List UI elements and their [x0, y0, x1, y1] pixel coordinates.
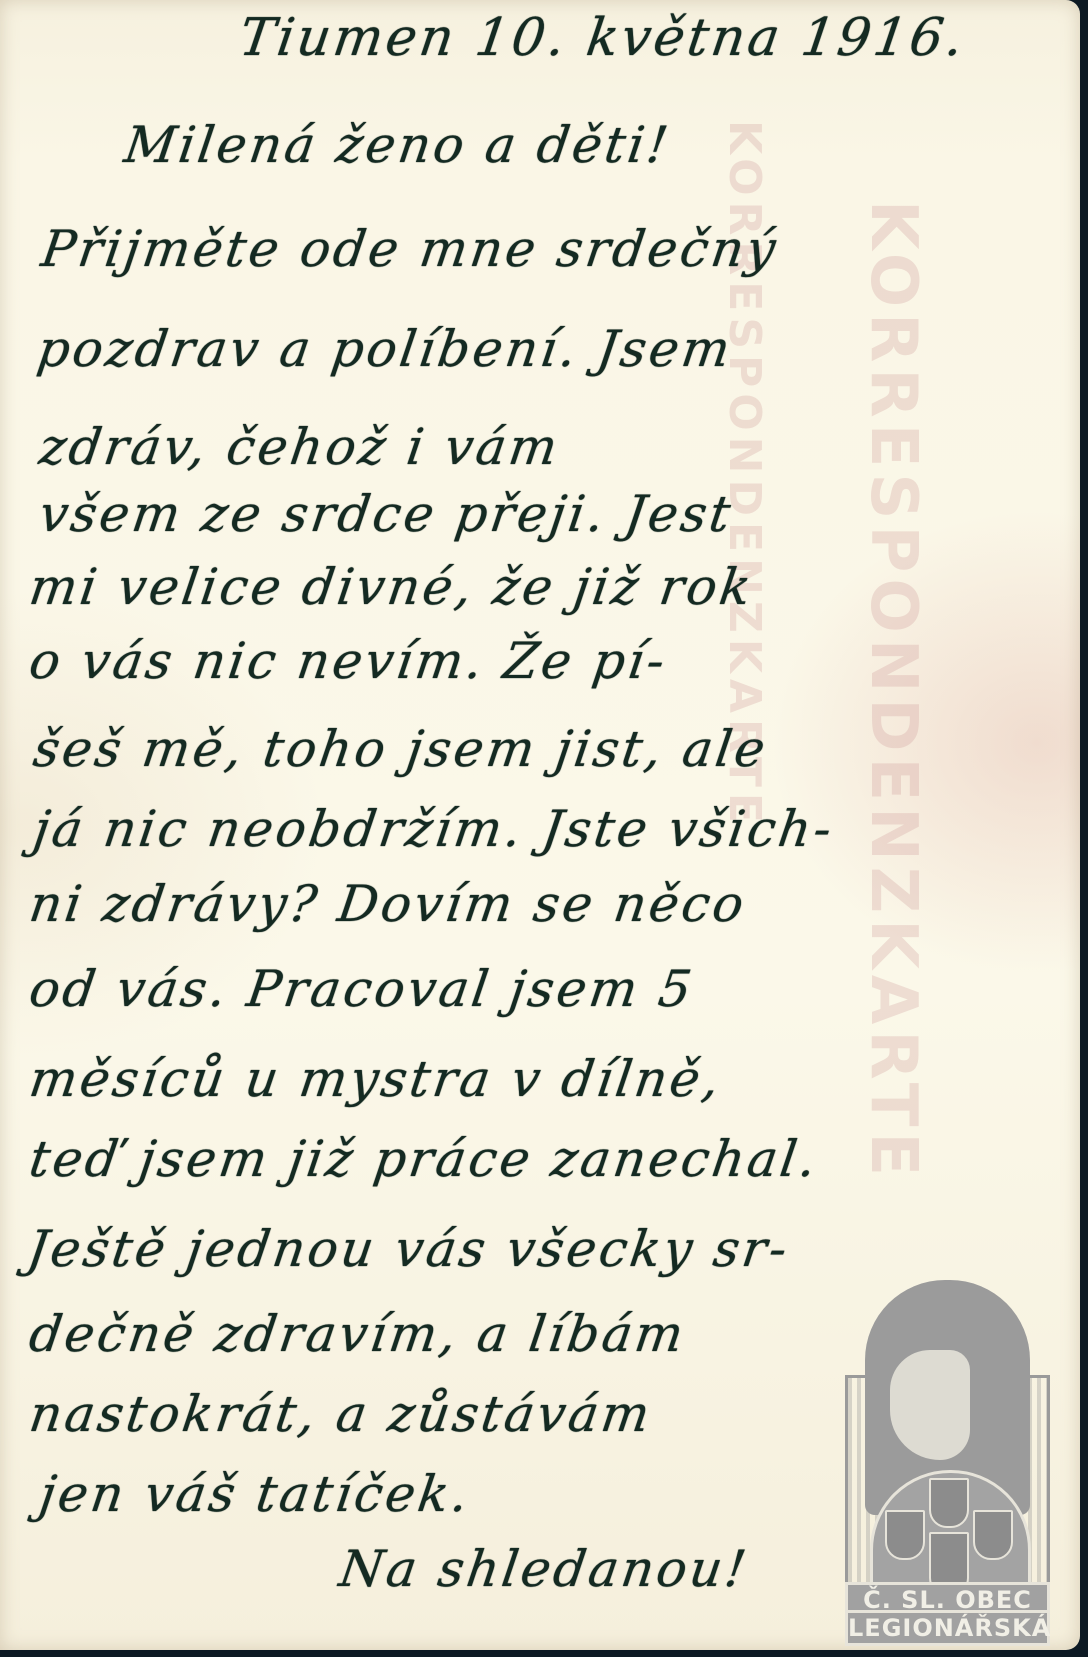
- letter-line: jen váš tatíček.: [36, 1465, 475, 1523]
- coat-of-arms-eagle-left-icon: [885, 1510, 925, 1560]
- letter-line: dečně zdravím, a líbám: [26, 1305, 690, 1363]
- soldier-face-icon: [890, 1350, 970, 1460]
- coat-of-arms-eagle-right-icon: [973, 1510, 1013, 1560]
- faded-print-text: KORRESPONDENZKARTE: [856, 200, 930, 1182]
- letter-line: měsíců u mystra v dílně,: [26, 1050, 726, 1108]
- letter-line: od vás. Pracoval jsem 5: [26, 960, 698, 1018]
- letter-line: Ještě jednou vás všecky sr-: [24, 1220, 794, 1278]
- letter-line: šeš mě, toho jsem jist, ale: [30, 720, 772, 778]
- letter-line: nastokrát, a zůstávám: [26, 1385, 656, 1443]
- letter-dateline: Tiumen 10. května 1916.: [236, 8, 970, 68]
- logo-text-line2: LEGIONÁŘSKÁ: [845, 1610, 1050, 1646]
- letter-line: o vás nic nevím. Že pí-: [26, 632, 671, 690]
- letter-line: zdráv, čehož i vám: [36, 418, 564, 476]
- letter-salutation: Milená ženo a děti!: [121, 116, 674, 174]
- letter-line: ni zdrávy? Dovím se něco: [26, 875, 750, 933]
- legion-watermark-logo: Č. SL. OBEC LEGIONÁŘSKÁ: [845, 1280, 1055, 1640]
- letter-line: teď jsem již práce zanechal.: [26, 1130, 823, 1188]
- letter-line: pozdrav a políbení. Jsem: [34, 320, 737, 378]
- letter-line: všem ze srdce přeji. Jest: [36, 485, 737, 543]
- postcard: KORRESPONDENZKARTE KORRESPONDENZKARTE Ti…: [0, 0, 1080, 1650]
- coat-of-arms-cross-icon: [929, 1478, 969, 1528]
- letter-line: Přijměte ode mne srdečný: [38, 220, 782, 278]
- letter-line: já nic neobdržím. Jste všich-: [30, 800, 838, 858]
- letter-line: mi velice divné, že již rok: [26, 558, 757, 616]
- letter-closing: Na shledanou!: [336, 1540, 752, 1598]
